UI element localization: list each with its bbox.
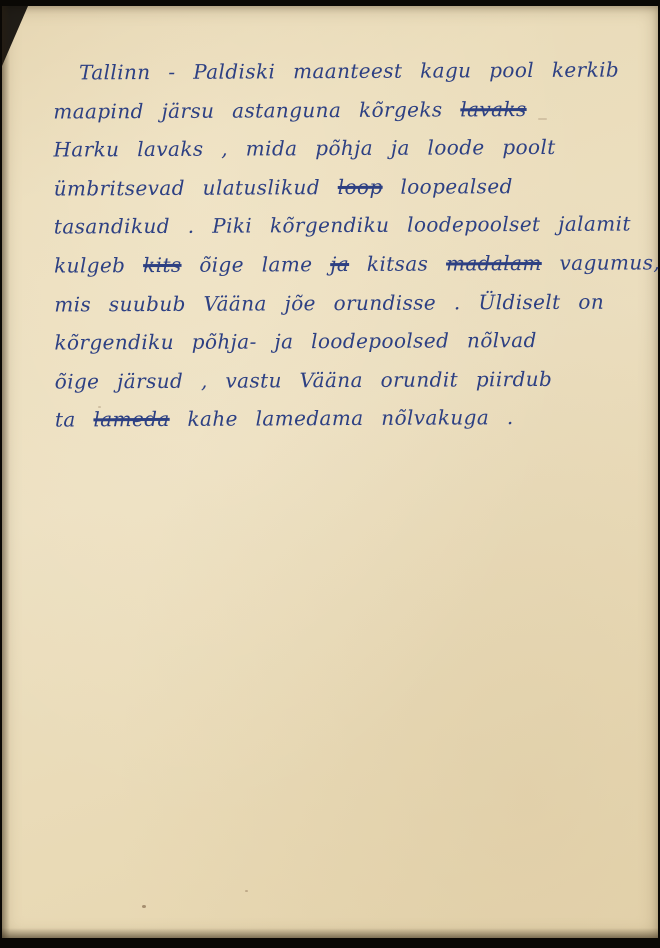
handwritten-word: kahe lamedama nõlvakuga . (170, 405, 514, 431)
handwritten-word: ta (55, 408, 94, 432)
struck-word: kits (143, 253, 182, 277)
struck-word: madalam (446, 251, 542, 276)
handwritten-line-4: ümbritsevad ulatuslikud loop loopealsed (54, 166, 638, 208)
handwritten-word: õige järsud , vastu Vääna orundit piirdu… (55, 367, 553, 394)
handwritten-text-block: Tallinn - Paldiski maanteest kagu pool k… (53, 50, 639, 439)
handwritten-line-5: tasandikud . Piki kõrgendiku loodepoolse… (54, 205, 638, 247)
handwritten-line-7: mis suubub Vääna jõe orundisse . Üldisel… (54, 282, 638, 324)
struck-word: loop (338, 175, 383, 199)
paper-page: Tallinn - Paldiski maanteest kagu pool k… (2, 6, 658, 938)
handwritten-word: maapind järsu astanguna kõrgeks (53, 97, 460, 123)
handwritten-word: Tallinn - Paldiski maanteest kagu pool k… (79, 58, 619, 85)
handwritten-word: Harku lavaks , mida põhja ja loode poolt (53, 135, 555, 162)
handwritten-line-3: Harku lavaks , mida põhja ja loode poolt (53, 128, 637, 170)
handwritten-line-10: ta lameda kahe lamedama nõlvakuga . (55, 398, 639, 440)
handwritten-line-8: kõrgendiku põhja- ja loodepoolsed nõlvad (54, 321, 638, 363)
paper-speck (245, 890, 248, 892)
handwritten-line-9: õige järsud , vastu Vääna orundit piirdu… (55, 359, 639, 401)
handwritten-word: loopealsed (383, 174, 513, 199)
bottom-edge-shadow (2, 928, 658, 938)
paper-speck (142, 905, 146, 908)
handwritten-word: ümbritsevad ulatuslikud (54, 175, 338, 200)
handwritten-word: kõrgendiku põhja- ja loodepoolsed nõlvad (54, 328, 536, 355)
handwritten-line-2: maapind järsu astanguna kõrgeks lavaks (53, 89, 637, 131)
scanned-document: Tallinn - Paldiski maanteest kagu pool k… (0, 0, 660, 948)
handwritten-word: kitsas (349, 251, 446, 276)
struck-word: lavaks (460, 97, 526, 121)
handwritten-word: mis suubub Vääna jõe orundisse . Üldisel… (54, 289, 604, 316)
struck-word: lameda (93, 407, 169, 431)
handwritten-word: kulgeb (54, 253, 143, 277)
handwritten-line-6: kulgeb kits õige lame ja kitsas madalam … (54, 243, 638, 285)
left-edge-shadow (2, 6, 10, 938)
handwritten-line-1: Tallinn - Paldiski maanteest kagu pool k… (53, 50, 637, 92)
handwritten-word: tasandikud . Piki kõrgendiku loodepoolse… (54, 212, 631, 239)
handwritten-word: vagumus, (542, 250, 660, 275)
handwritten-word: õige lame (181, 252, 330, 277)
struck-word: ja (330, 252, 349, 276)
